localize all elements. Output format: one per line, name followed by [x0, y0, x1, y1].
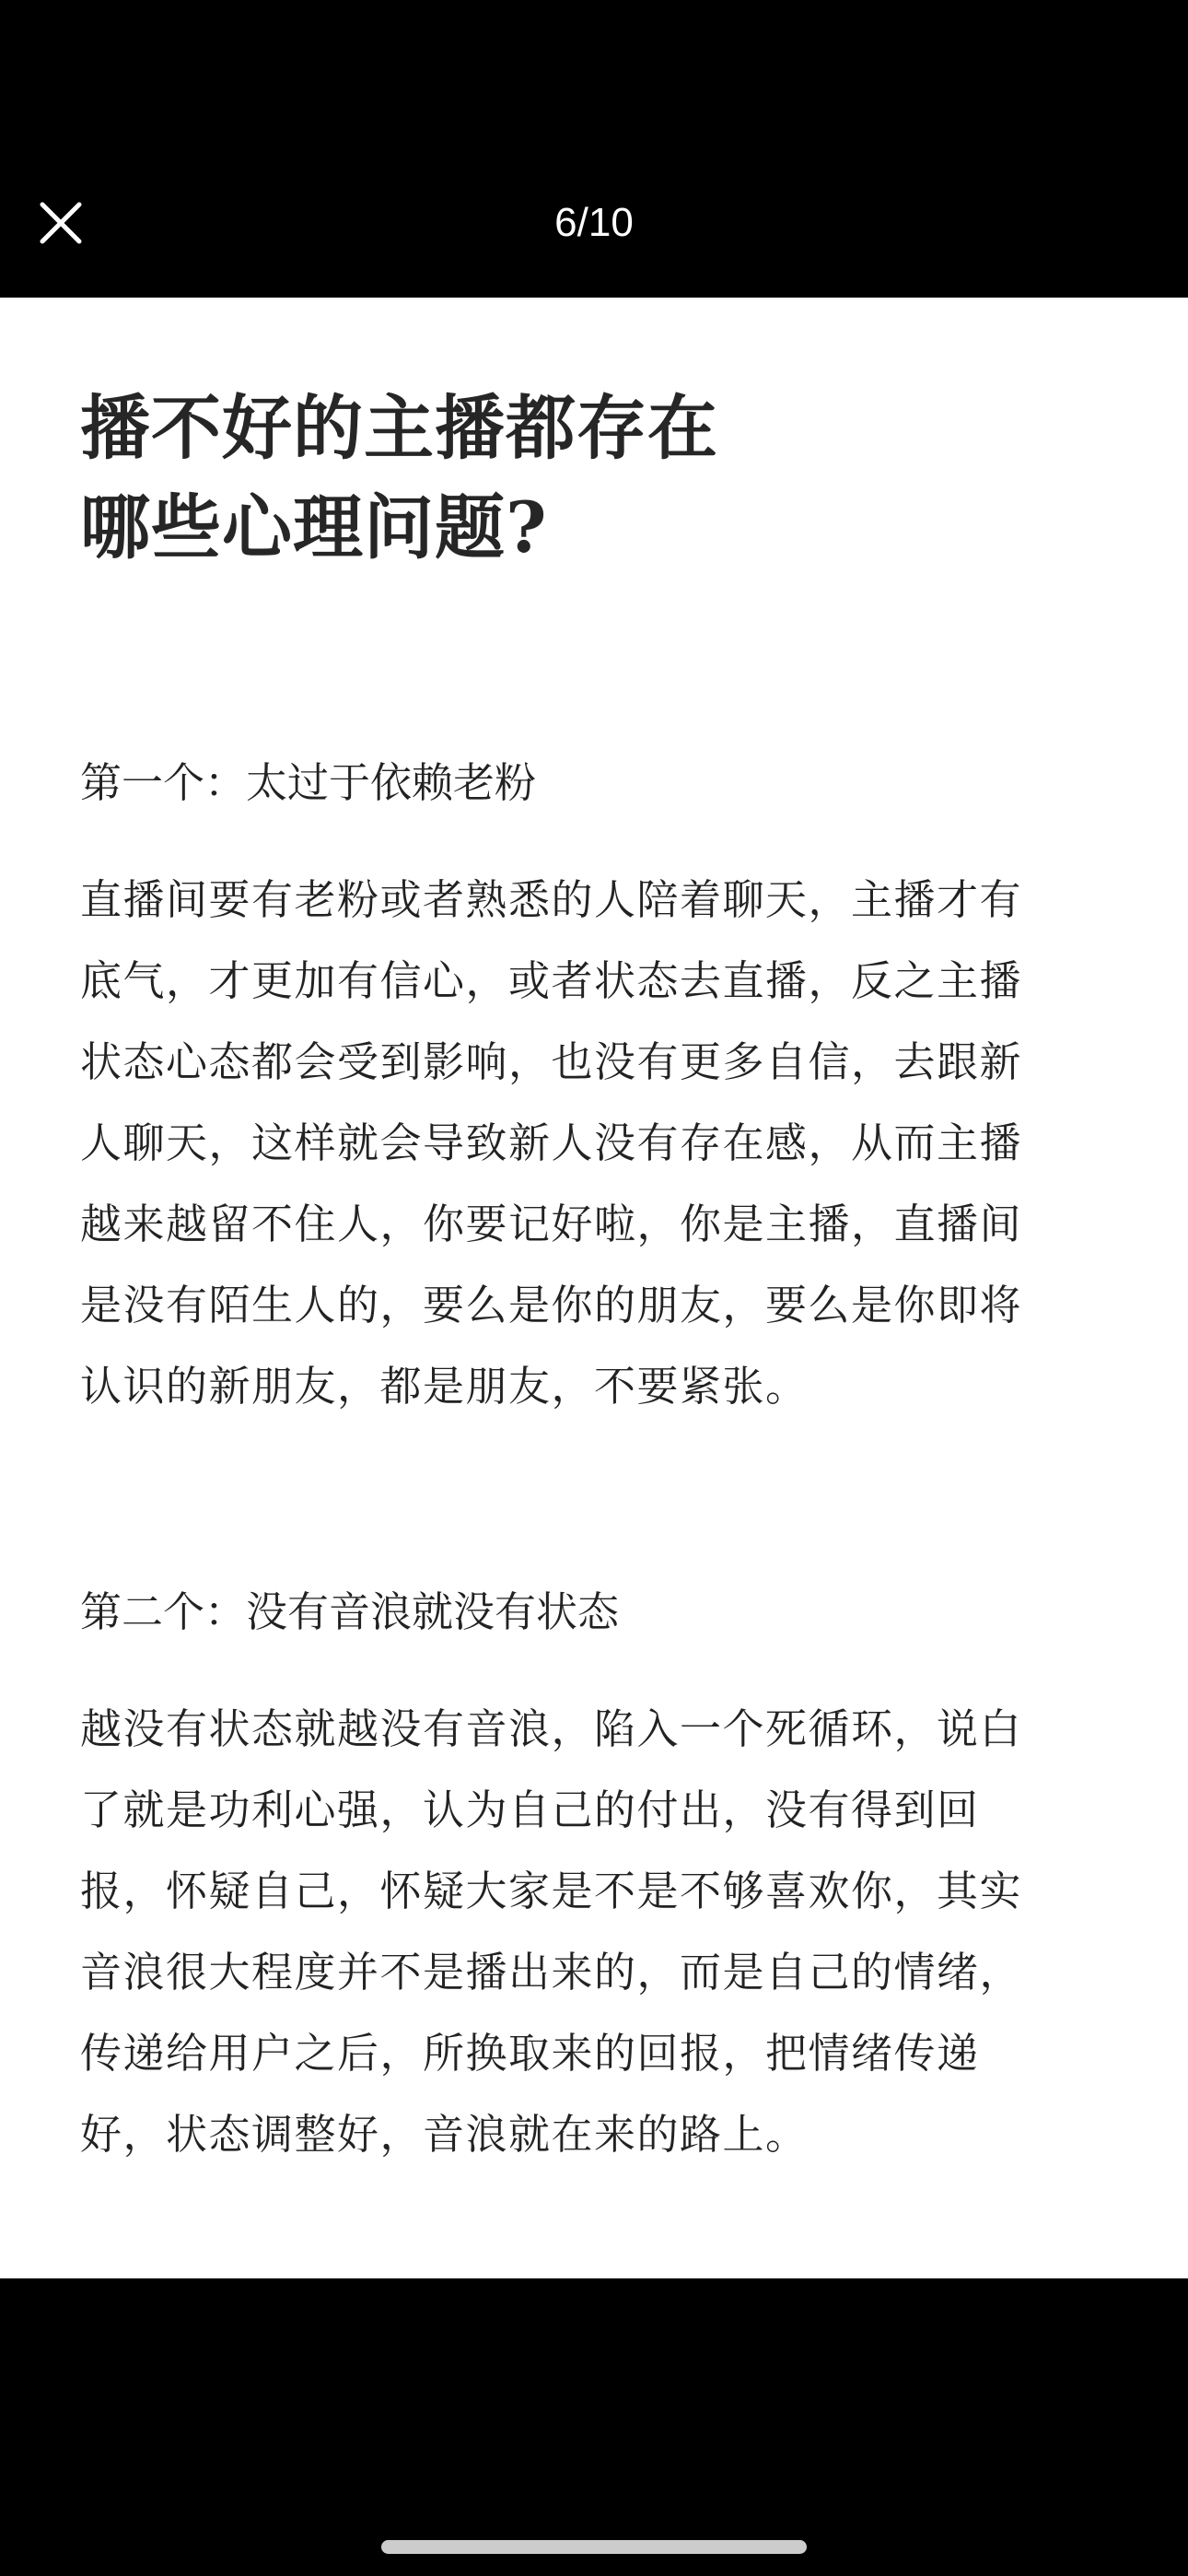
paragraph-line: 状态心态都会受到影响，也没有更多自信，去跟新	[80, 1022, 1121, 1103]
paragraph-line: 音浪很大程度并不是播出来的，而是自己的情绪，	[80, 1932, 1121, 2013]
viewer-header: 6/10	[0, 0, 1188, 298]
home-indicator[interactable]	[381, 2540, 807, 2554]
paragraph-line: 认识的新朋友，都是朋友，不要紧张。	[80, 1346, 1121, 1427]
title-line: 哪些心理问题?	[80, 478, 1093, 578]
article-title: 播不好的主播都存在 哪些心理问题?	[80, 379, 1093, 578]
section-paragraph-1: 直播间要有老粉或者熟悉的人陪着聊天，主播才有 底气，才更加有信心，或者状态去直播…	[80, 860, 1121, 1427]
paragraph-line: 底气，才更加有信心，或者状态去直播，反之主播	[80, 941, 1121, 1022]
paragraph-line: 是没有陌生人的，要么是你的朋友，要么是你即将	[80, 1265, 1121, 1346]
viewer-footer	[0, 2278, 1188, 2576]
paragraph-line: 越来越留不住人，你要记好啦，你是主播，直播间	[80, 1184, 1121, 1265]
section-heading-2: 第二个：没有音浪就没有状态	[80, 1585, 619, 1640]
paragraph-line: 报，怀疑自己，怀疑大家是不是不够喜欢你，其实	[80, 1851, 1121, 1932]
paragraph-line: 传递给用户之后，所换取来的回报，把情绪传递	[80, 2013, 1121, 2094]
paragraph-line: 直播间要有老粉或者熟悉的人陪着聊天，主播才有	[80, 860, 1121, 941]
article-page: 播不好的主播都存在 哪些心理问题? 第一个：太过于依赖老粉 直播间要有老粉或者熟…	[0, 298, 1188, 2278]
title-line: 播不好的主播都存在	[80, 379, 1093, 478]
paragraph-line: 人聊天，这样就会导致新人没有存在感，从而主播	[80, 1103, 1121, 1184]
section-heading-1: 第一个：太过于依赖老粉	[80, 755, 536, 811]
paragraph-line: 越没有状态就越没有音浪，陷入一个死循环，说白	[80, 1689, 1121, 1770]
paragraph-line: 好，状态调整好，音浪就在来的路上。	[80, 2094, 1121, 2175]
paragraph-line: 了就是功利心强，认为自己的付出，没有得到回	[80, 1770, 1121, 1851]
page-counter: 6/10	[0, 195, 1188, 251]
section-paragraph-2: 越没有状态就越没有音浪，陷入一个死循环，说白 了就是功利心强，认为自己的付出，没…	[80, 1689, 1121, 2175]
